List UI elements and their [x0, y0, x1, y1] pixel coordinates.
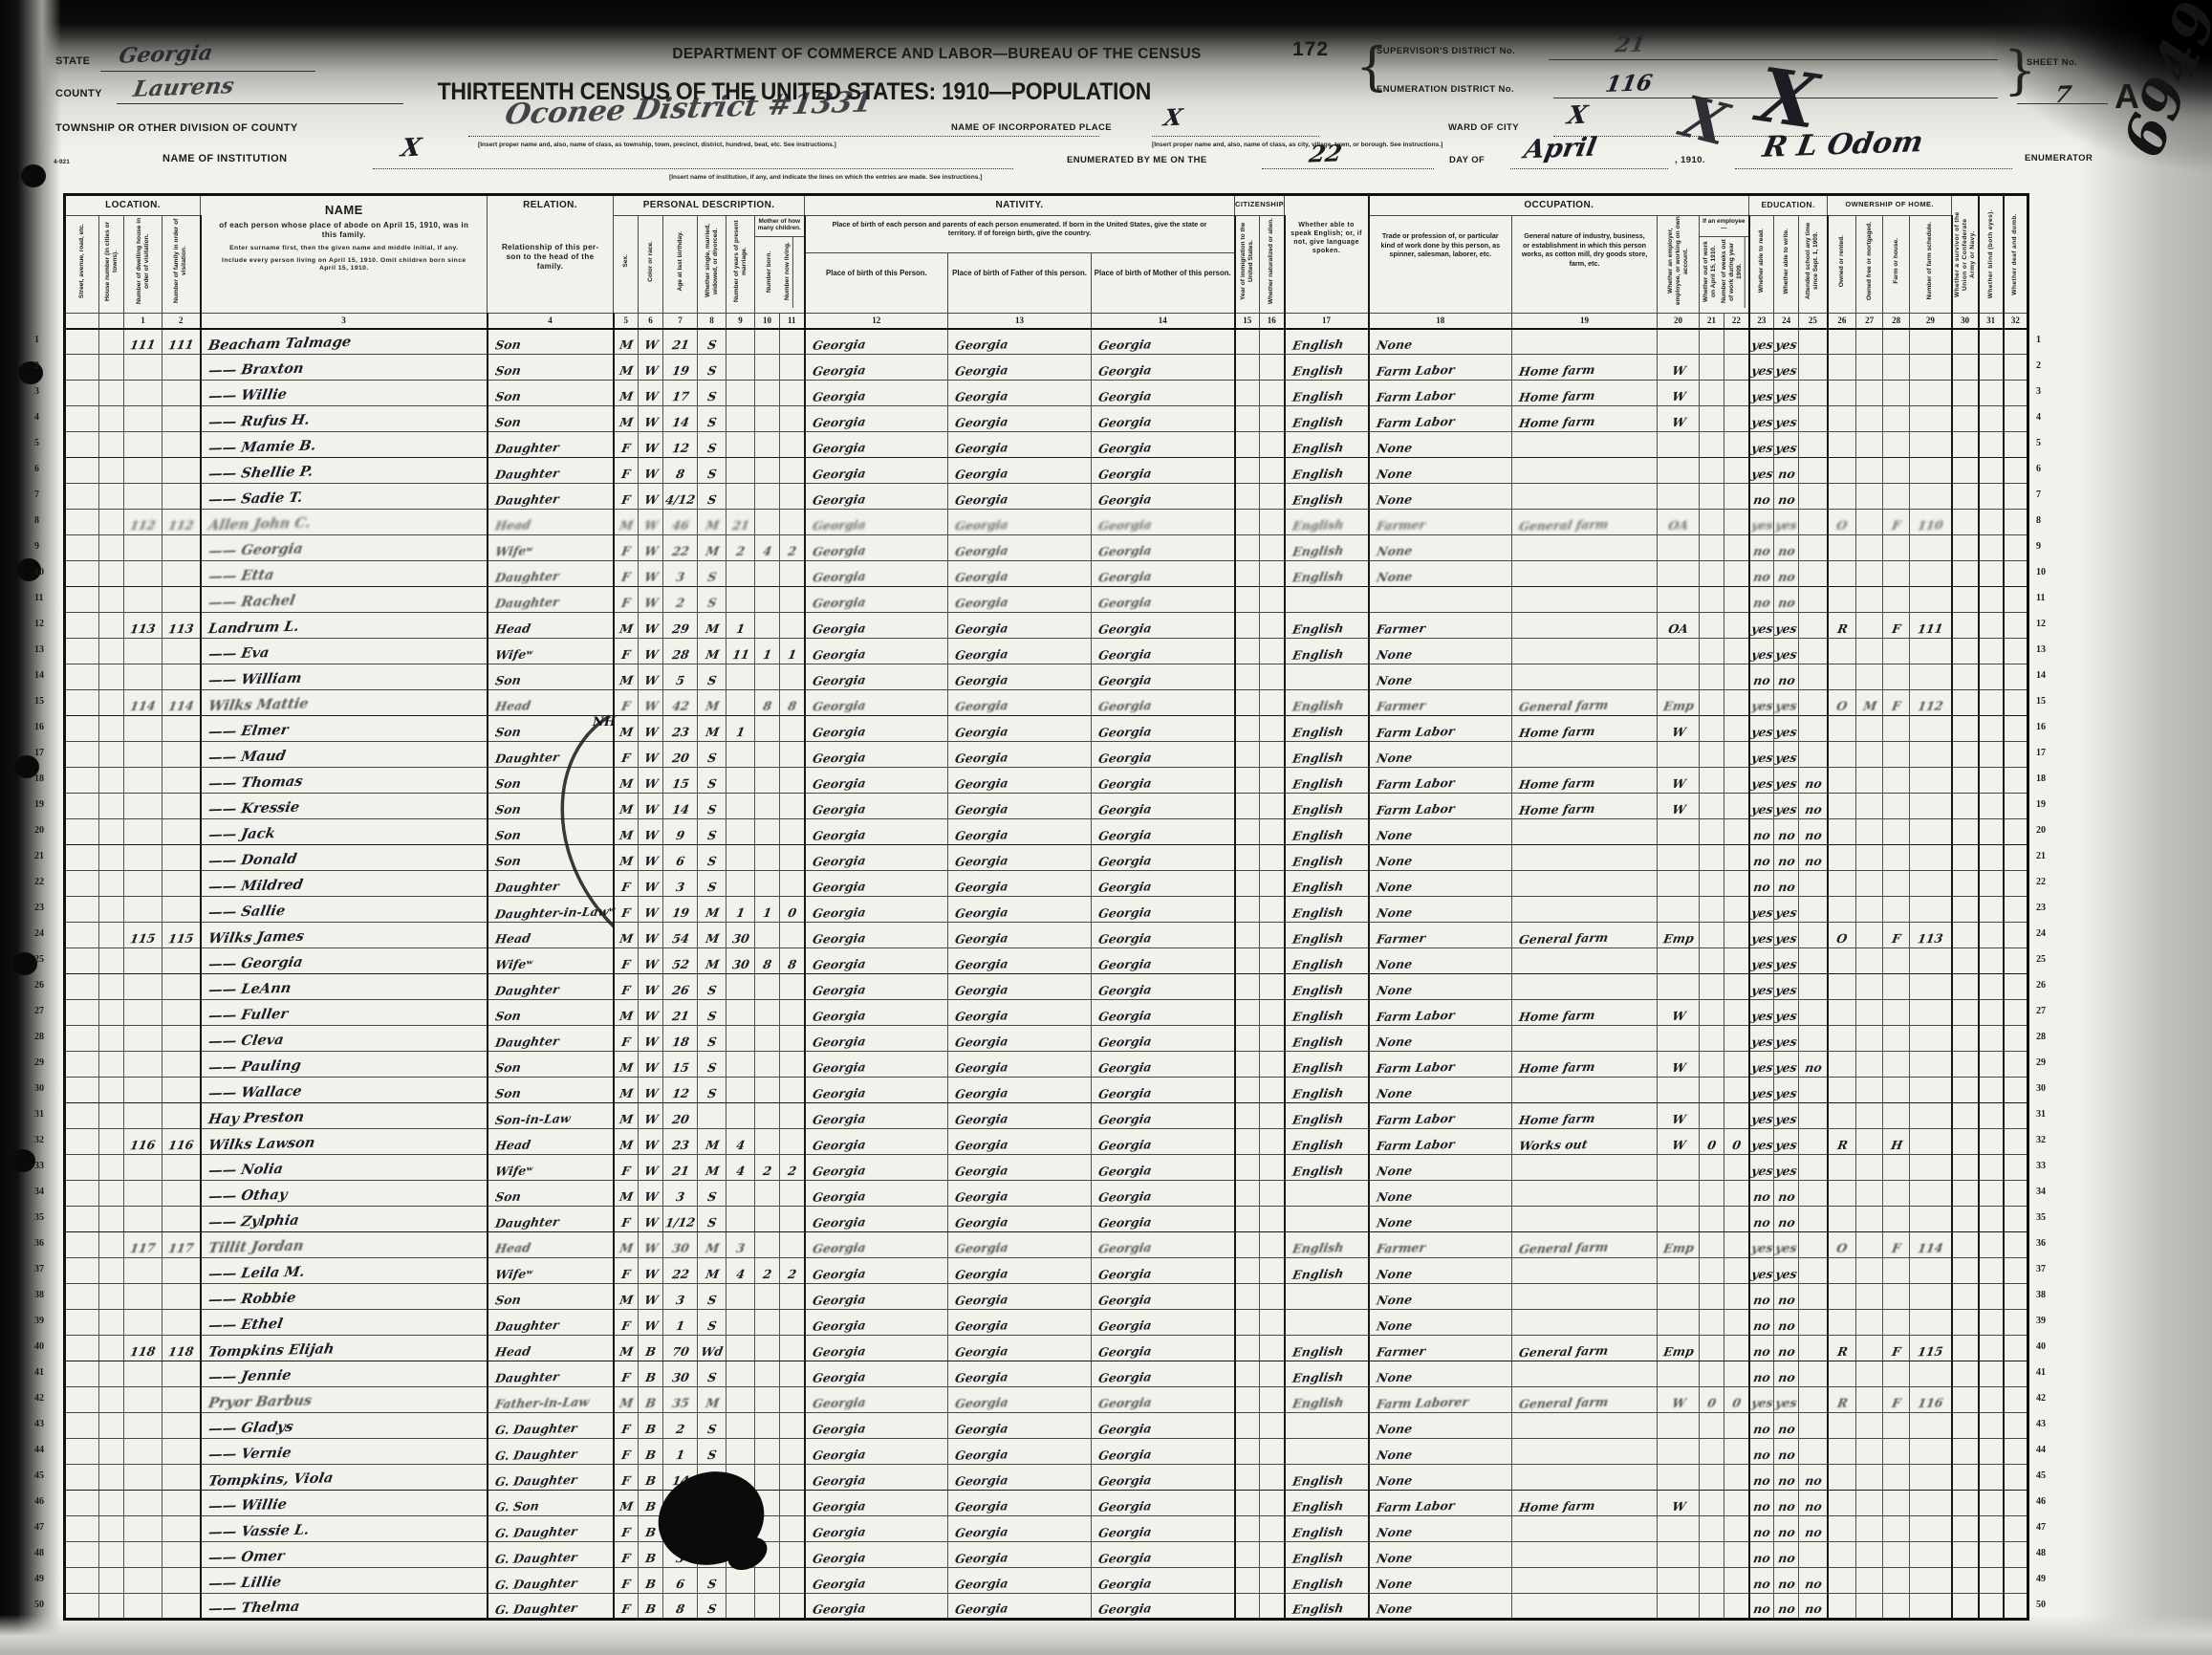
cell-blind	[1979, 1078, 2004, 1103]
cell-read: yes	[1749, 1103, 1774, 1129]
cell-trade: Farmer	[1369, 613, 1512, 639]
cell-read: yes	[1749, 639, 1774, 664]
cell-mortgage	[1856, 639, 1883, 664]
column-number: 12	[805, 314, 948, 329]
cell-employer	[1658, 458, 1700, 484]
cell-marital: M	[698, 948, 726, 974]
cell-marital: S	[698, 1207, 726, 1232]
cell-years_married	[726, 1078, 755, 1103]
cell-house	[99, 432, 124, 458]
cell-blind	[1979, 1594, 2004, 1620]
cell-pob_mother: Georgia	[1092, 381, 1235, 406]
cell-age: 9	[663, 819, 698, 845]
margin-row-number: 31	[2036, 1109, 2046, 1120]
cell-age: 19	[663, 355, 698, 381]
margin-row-number: 13	[34, 644, 44, 655]
cell-children_living	[780, 1439, 805, 1465]
column-number: 15	[1235, 314, 1260, 329]
cell-english: English	[1285, 1258, 1369, 1284]
column-number: 19	[1512, 314, 1658, 329]
cell-years_married	[726, 1568, 755, 1594]
cell-house	[99, 974, 124, 1000]
cell-farm_house	[1883, 1078, 1910, 1103]
cell-pob_mother: Georgia	[1092, 1542, 1235, 1568]
cell-pob: Georgia	[805, 1103, 948, 1129]
cell-name: Wilks Mattie	[201, 690, 488, 716]
cell-blind	[1979, 1284, 2004, 1310]
cell-marital: M	[698, 639, 726, 664]
cell-farm_house	[1883, 639, 1910, 664]
margin-row-number: 15	[2036, 696, 2046, 707]
table-row: —— WillieG. SonMB18SGeorgiaGeorgiaGeorgi…	[65, 1491, 2028, 1516]
cell-mortgage	[1856, 1026, 1883, 1052]
cell-trade: None	[1369, 1568, 1512, 1594]
cell-industry	[1512, 819, 1658, 845]
table-row: —— WilliamSonMW5SGeorgiaGeorgiaGeorgiaNo…	[65, 664, 2028, 690]
group-nativity: NATIVITY.	[805, 195, 1235, 216]
cell-immigration	[1235, 1103, 1260, 1129]
cell-employer	[1658, 1310, 1700, 1336]
cell-street	[65, 690, 99, 716]
institution-label: NAME OF INSTITUTION	[163, 153, 287, 164]
cell-age: 3	[663, 1284, 698, 1310]
cell-owned: R	[1828, 613, 1856, 639]
cell-veteran	[1952, 1258, 1979, 1284]
brace-glyph: }	[2004, 40, 2036, 100]
cell-pob_mother: Georgia	[1092, 329, 1235, 355]
table-row: —— KressieSonMW14SGeorgiaGeorgiaGeorgiaE…	[65, 794, 2028, 819]
cell-mortgage	[1856, 1181, 1883, 1207]
col-family-header: Number of family in order of visitation.	[163, 216, 201, 314]
cell-children_born	[755, 716, 780, 742]
cell-veteran	[1952, 381, 1979, 406]
cell-weeks_out	[1724, 1465, 1749, 1491]
cell-out_of_work	[1700, 1465, 1724, 1491]
cell-children_born	[755, 845, 780, 871]
cell-trade: None	[1369, 458, 1512, 484]
col-relation-header: RELATION. Relationship of this per­son t…	[488, 195, 614, 314]
cell-children_born	[755, 432, 780, 458]
margin-row-number: 4	[34, 412, 39, 423]
cell-trade: None	[1369, 1310, 1512, 1336]
cell-industry	[1512, 1594, 1658, 1620]
department-line: DEPARTMENT OF COMMERCE AND LABOR—BUREAU …	[612, 46, 1262, 63]
cell-english: English	[1285, 1465, 1369, 1491]
cell-marital: S	[698, 845, 726, 871]
cell-children_born	[755, 1568, 780, 1594]
cell-mortgage	[1856, 923, 1883, 948]
cell-out_of_work	[1700, 1052, 1724, 1078]
cell-farm_house	[1883, 1155, 1910, 1181]
cell-children_living	[780, 1542, 805, 1568]
cell-dwelling	[124, 819, 163, 845]
cell-relation: Daughter	[488, 1207, 614, 1232]
cell-age: 1/12	[663, 1207, 698, 1232]
cell-naturalized	[1260, 948, 1285, 974]
cell-color: W	[639, 432, 663, 458]
cell-mortgage	[1856, 381, 1883, 406]
cell-name: Allen John C.	[201, 510, 488, 535]
cell-family: 114	[163, 690, 201, 716]
cell-name: Tillit Jordan	[201, 1232, 488, 1258]
cell-owned	[1828, 1078, 1856, 1103]
cell-english	[1285, 664, 1369, 690]
cell-street	[65, 897, 99, 923]
cell-out_of_work	[1700, 613, 1724, 639]
cell-children_living	[780, 613, 805, 639]
cell-children_living	[780, 432, 805, 458]
cell-children_living	[780, 768, 805, 794]
cell-family: 112	[163, 510, 201, 535]
cell-immigration	[1235, 974, 1260, 1000]
cell-children_born	[755, 406, 780, 432]
table-row: —— GeorgiaWifeʷFW22M242GeorgiaGeorgiaGeo…	[65, 535, 2028, 561]
cell-naturalized	[1260, 1336, 1285, 1361]
cell-pob_father: Georgia	[948, 1232, 1092, 1258]
table-row: —— PaulingSonMW15SGeorgiaGeorgiaGeorgiaE…	[65, 1052, 2028, 1078]
margin-row-number: 6	[34, 464, 39, 474]
cell-english	[1285, 1310, 1369, 1336]
cell-marital: S	[698, 561, 726, 587]
cell-industry: Home farm	[1512, 1000, 1658, 1026]
col-marital-header: Whether single, married, widowed, or div…	[698, 216, 726, 314]
cell-owned	[1828, 948, 1856, 974]
cell-marital: S	[698, 355, 726, 381]
cell-name: —— Etta	[201, 561, 488, 587]
cell-name: —— Sadie T.	[201, 484, 488, 510]
cell-immigration	[1235, 587, 1260, 613]
cell-relation: Son	[488, 381, 614, 406]
cell-name: —— William	[201, 664, 488, 690]
cell-years_married: 4	[726, 1258, 755, 1284]
cell-deaf	[2004, 1465, 2028, 1491]
cell-name: —— Rachel	[201, 587, 488, 613]
cell-pob_father: Georgia	[948, 819, 1092, 845]
cell-english: English	[1285, 432, 1369, 458]
cell-blind	[1979, 1258, 2004, 1284]
cell-employer: W	[1658, 716, 1700, 742]
cell-school: no	[1799, 1491, 1828, 1516]
cell-years_married	[726, 664, 755, 690]
margin-row-number: 29	[34, 1057, 44, 1068]
column-number: 11	[780, 314, 805, 329]
cell-owned	[1828, 1542, 1856, 1568]
margin-row-number: 43	[34, 1419, 44, 1429]
ward-of-city-value: X	[1565, 101, 1590, 131]
cell-farm_schedule	[1910, 1026, 1952, 1052]
cell-blind	[1979, 510, 2004, 535]
cell-naturalized	[1260, 1129, 1285, 1155]
group-occupation: OCCUPATION.	[1369, 195, 1749, 216]
nh-annotation: NH	[593, 715, 616, 730]
cell-farm_schedule	[1910, 871, 1952, 897]
cell-children_living	[780, 458, 805, 484]
margin-row-number: 41	[34, 1367, 44, 1378]
cell-employer	[1658, 1542, 1700, 1568]
incorporated-place-label: NAME OF INCORPORATED PLACE	[951, 122, 1112, 133]
cell-deaf	[2004, 1000, 2028, 1026]
cell-children_born	[755, 1336, 780, 1361]
cell-street	[65, 845, 99, 871]
cell-out_of_work	[1700, 639, 1724, 664]
cell-school	[1799, 1284, 1828, 1310]
cell-out_of_work	[1700, 458, 1724, 484]
cell-color: B	[639, 1568, 663, 1594]
cell-pob_mother: Georgia	[1092, 484, 1235, 510]
cell-dwelling: 114	[124, 690, 163, 716]
cell-pob_father: Georgia	[948, 1465, 1092, 1491]
cell-farm_house	[1883, 974, 1910, 1000]
cell-house	[99, 381, 124, 406]
cell-blind	[1979, 1052, 2004, 1078]
page-stamp: 172	[1292, 38, 1329, 61]
cell-immigration	[1235, 1542, 1260, 1568]
col-english-header: Whether able to speak English; or, if no…	[1285, 195, 1369, 314]
cell-naturalized	[1260, 897, 1285, 923]
cell-farm_house: F	[1883, 613, 1910, 639]
cell-english: English	[1285, 535, 1369, 561]
cell-blind	[1979, 561, 2004, 587]
cell-color: B	[639, 1336, 663, 1361]
cell-school: no	[1799, 1465, 1828, 1491]
cell-farm_schedule	[1910, 1000, 1952, 1026]
cell-pob_father: Georgia	[948, 1516, 1092, 1542]
cell-trade: None	[1369, 1361, 1512, 1387]
cell-write: no	[1774, 587, 1799, 613]
cell-house	[99, 1129, 124, 1155]
margin-row-number: 26	[2036, 980, 2046, 991]
column-number: 26	[1828, 314, 1856, 329]
cell-dwelling	[124, 845, 163, 871]
cell-pob: Georgia	[805, 1361, 948, 1387]
cell-veteran	[1952, 1542, 1979, 1568]
cell-school: no	[1799, 768, 1828, 794]
cell-name: Landrum L.	[201, 613, 488, 639]
cell-deaf	[2004, 1078, 2028, 1103]
cell-family	[163, 845, 201, 871]
cell-owned	[1828, 1361, 1856, 1387]
cell-english: English	[1285, 1129, 1369, 1155]
cell-school	[1799, 1181, 1828, 1207]
cell-family	[163, 1155, 201, 1181]
cell-dwelling	[124, 406, 163, 432]
cell-marital: M	[698, 613, 726, 639]
cell-street	[65, 768, 99, 794]
column-number: 18	[1369, 314, 1512, 329]
cell-children_living	[780, 1387, 805, 1413]
cell-family	[163, 1516, 201, 1542]
cell-marital: S	[698, 664, 726, 690]
cell-mortgage	[1856, 845, 1883, 871]
cell-out_of_work: 0	[1700, 1129, 1724, 1155]
cell-out_of_work	[1700, 1413, 1724, 1439]
cell-deaf	[2004, 1284, 2028, 1310]
margin-row-number: 50	[2036, 1600, 2046, 1610]
cell-weeks_out	[1724, 768, 1749, 794]
cell-color: W	[639, 1232, 663, 1258]
cell-school	[1799, 1000, 1828, 1026]
cell-trade: Farmer	[1369, 1232, 1512, 1258]
cell-sex: M	[614, 1181, 639, 1207]
cell-farm_house	[1883, 535, 1910, 561]
cell-industry	[1512, 458, 1658, 484]
table-row: 117117Tillit JordanHeadMW30M3GeorgiaGeor…	[65, 1232, 2028, 1258]
cell-age: 20	[663, 1103, 698, 1129]
cell-read: no	[1749, 664, 1774, 690]
cell-school	[1799, 1361, 1828, 1387]
cell-pob_mother: Georgia	[1092, 1052, 1235, 1078]
cell-farm_schedule	[1910, 329, 1952, 355]
column-number: 25	[1799, 314, 1828, 329]
cell-relation: Wifeʷ	[488, 948, 614, 974]
table-row: —— MildredDaughterFW3SGeorgiaGeorgiaGeor…	[65, 871, 2028, 897]
cell-industry	[1512, 845, 1658, 871]
cell-age: 3	[663, 1181, 698, 1207]
cell-sex: F	[614, 1568, 639, 1594]
cell-pob_mother: Georgia	[1092, 1078, 1235, 1103]
cell-marital: M	[698, 690, 726, 716]
cell-deaf	[2004, 690, 2028, 716]
cell-out_of_work	[1700, 1078, 1724, 1103]
cell-mortgage	[1856, 510, 1883, 535]
cell-write: no	[1774, 845, 1799, 871]
margin-row-number: 32	[34, 1135, 44, 1145]
cell-write: yes	[1774, 1258, 1799, 1284]
cell-age: 15	[663, 1052, 698, 1078]
margin-row-number: 45	[2036, 1470, 2046, 1481]
cell-years_married	[726, 1336, 755, 1361]
cell-farm_house: F	[1883, 510, 1910, 535]
cell-trade: Farm Labor	[1369, 1103, 1512, 1129]
cell-immigration	[1235, 819, 1260, 845]
cell-family: 116	[163, 1129, 201, 1155]
cell-relation: Son	[488, 406, 614, 432]
cell-school	[1799, 1336, 1828, 1361]
cell-school: no	[1799, 794, 1828, 819]
cell-mortgage	[1856, 871, 1883, 897]
col-farm-house-header: Farm or house.	[1883, 216, 1910, 314]
cell-marital: M	[698, 923, 726, 948]
cell-english	[1285, 1413, 1369, 1439]
cell-out_of_work	[1700, 329, 1724, 355]
cell-naturalized	[1260, 1181, 1285, 1207]
cell-farm_house	[1883, 1439, 1910, 1465]
cell-farm_house	[1883, 561, 1910, 587]
cell-age: 6	[663, 845, 698, 871]
cell-school	[1799, 897, 1828, 923]
cell-english: English	[1285, 406, 1369, 432]
cell-deaf	[2004, 329, 2028, 355]
cell-mortgage	[1856, 1232, 1883, 1258]
column-numbers-row: 1234567891011121314151617181920212223242…	[65, 314, 2028, 329]
cell-out_of_work	[1700, 355, 1724, 381]
margin-row-number: 12	[2036, 619, 2046, 629]
cell-english: English	[1285, 1000, 1369, 1026]
cell-pob_mother: Georgia	[1092, 1491, 1235, 1516]
cell-house	[99, 1439, 124, 1465]
cell-blind	[1979, 355, 2004, 381]
cell-read: no	[1749, 819, 1774, 845]
cell-dwelling: 118	[124, 1336, 163, 1361]
cell-mortgage	[1856, 1284, 1883, 1310]
col-read-header: Whether able to read.	[1749, 216, 1774, 314]
cell-family	[163, 1284, 201, 1310]
cell-blind	[1979, 974, 2004, 1000]
margin-row-number: 38	[34, 1290, 44, 1300]
cell-weeks_out	[1724, 1284, 1749, 1310]
state-label: STATE	[55, 55, 90, 67]
cell-children_living	[780, 1129, 805, 1155]
cell-family	[163, 484, 201, 510]
cell-write: no	[1774, 1542, 1799, 1568]
margin-row-number: 15	[34, 696, 44, 707]
cell-farm_house	[1883, 1103, 1910, 1129]
cell-children_living	[780, 510, 805, 535]
cell-pob_father: Georgia	[948, 432, 1092, 458]
cell-immigration	[1235, 742, 1260, 768]
cell-trade: Farm Labor	[1369, 716, 1512, 742]
margin-row-number: 7	[34, 490, 39, 500]
cell-pob_mother: Georgia	[1092, 1000, 1235, 1026]
cell-immigration	[1235, 1439, 1260, 1465]
cell-pob: Georgia	[805, 406, 948, 432]
cell-employer: W	[1658, 768, 1700, 794]
margin-row-number: 21	[2036, 851, 2046, 861]
col-mortgage-header: Owned free or mortgaged.	[1856, 216, 1883, 314]
table-row: —— Mamie B.DaughterFW12SGeorgiaGeorgiaGe…	[65, 432, 2028, 458]
cell-street	[65, 1439, 99, 1465]
cell-children_born	[755, 561, 780, 587]
cell-house	[99, 690, 124, 716]
cell-house	[99, 1181, 124, 1207]
cell-owned	[1828, 1052, 1856, 1078]
cell-immigration	[1235, 1413, 1260, 1439]
cell-industry: General farm	[1512, 510, 1658, 535]
cell-children_born: 1	[755, 639, 780, 664]
cell-children_living	[780, 1413, 805, 1439]
cell-deaf	[2004, 1594, 2028, 1620]
cell-color: W	[639, 1284, 663, 1310]
cell-farm_house	[1883, 587, 1910, 613]
cell-dwelling	[124, 794, 163, 819]
cell-name: Tompkins, Viola	[201, 1465, 488, 1491]
cell-owned	[1828, 1310, 1856, 1336]
cell-weeks_out	[1724, 329, 1749, 355]
cell-sex: F	[614, 1413, 639, 1439]
cell-children_born: 8	[755, 690, 780, 716]
cell-farm_schedule	[1910, 484, 1952, 510]
cell-mortgage	[1856, 716, 1883, 742]
cell-owned	[1828, 406, 1856, 432]
cell-deaf	[2004, 768, 2028, 794]
cell-read: no	[1749, 1284, 1774, 1310]
cell-farm_schedule	[1910, 1491, 1952, 1516]
cell-relation: G. Daughter	[488, 1594, 614, 1620]
cell-deaf	[2004, 1491, 2028, 1516]
cell-farm_schedule	[1910, 1052, 1952, 1078]
cell-naturalized	[1260, 923, 1285, 948]
cell-english: English	[1285, 613, 1369, 639]
cell-industry	[1512, 432, 1658, 458]
cell-sex: M	[614, 355, 639, 381]
cell-pob_father: Georgia	[948, 355, 1092, 381]
cell-naturalized	[1260, 1491, 1285, 1516]
cell-trade: None	[1369, 1439, 1512, 1465]
cell-pob: Georgia	[805, 484, 948, 510]
cell-pob_mother: Georgia	[1092, 1387, 1235, 1413]
cell-mortgage	[1856, 355, 1883, 381]
cell-mortgage	[1856, 819, 1883, 845]
